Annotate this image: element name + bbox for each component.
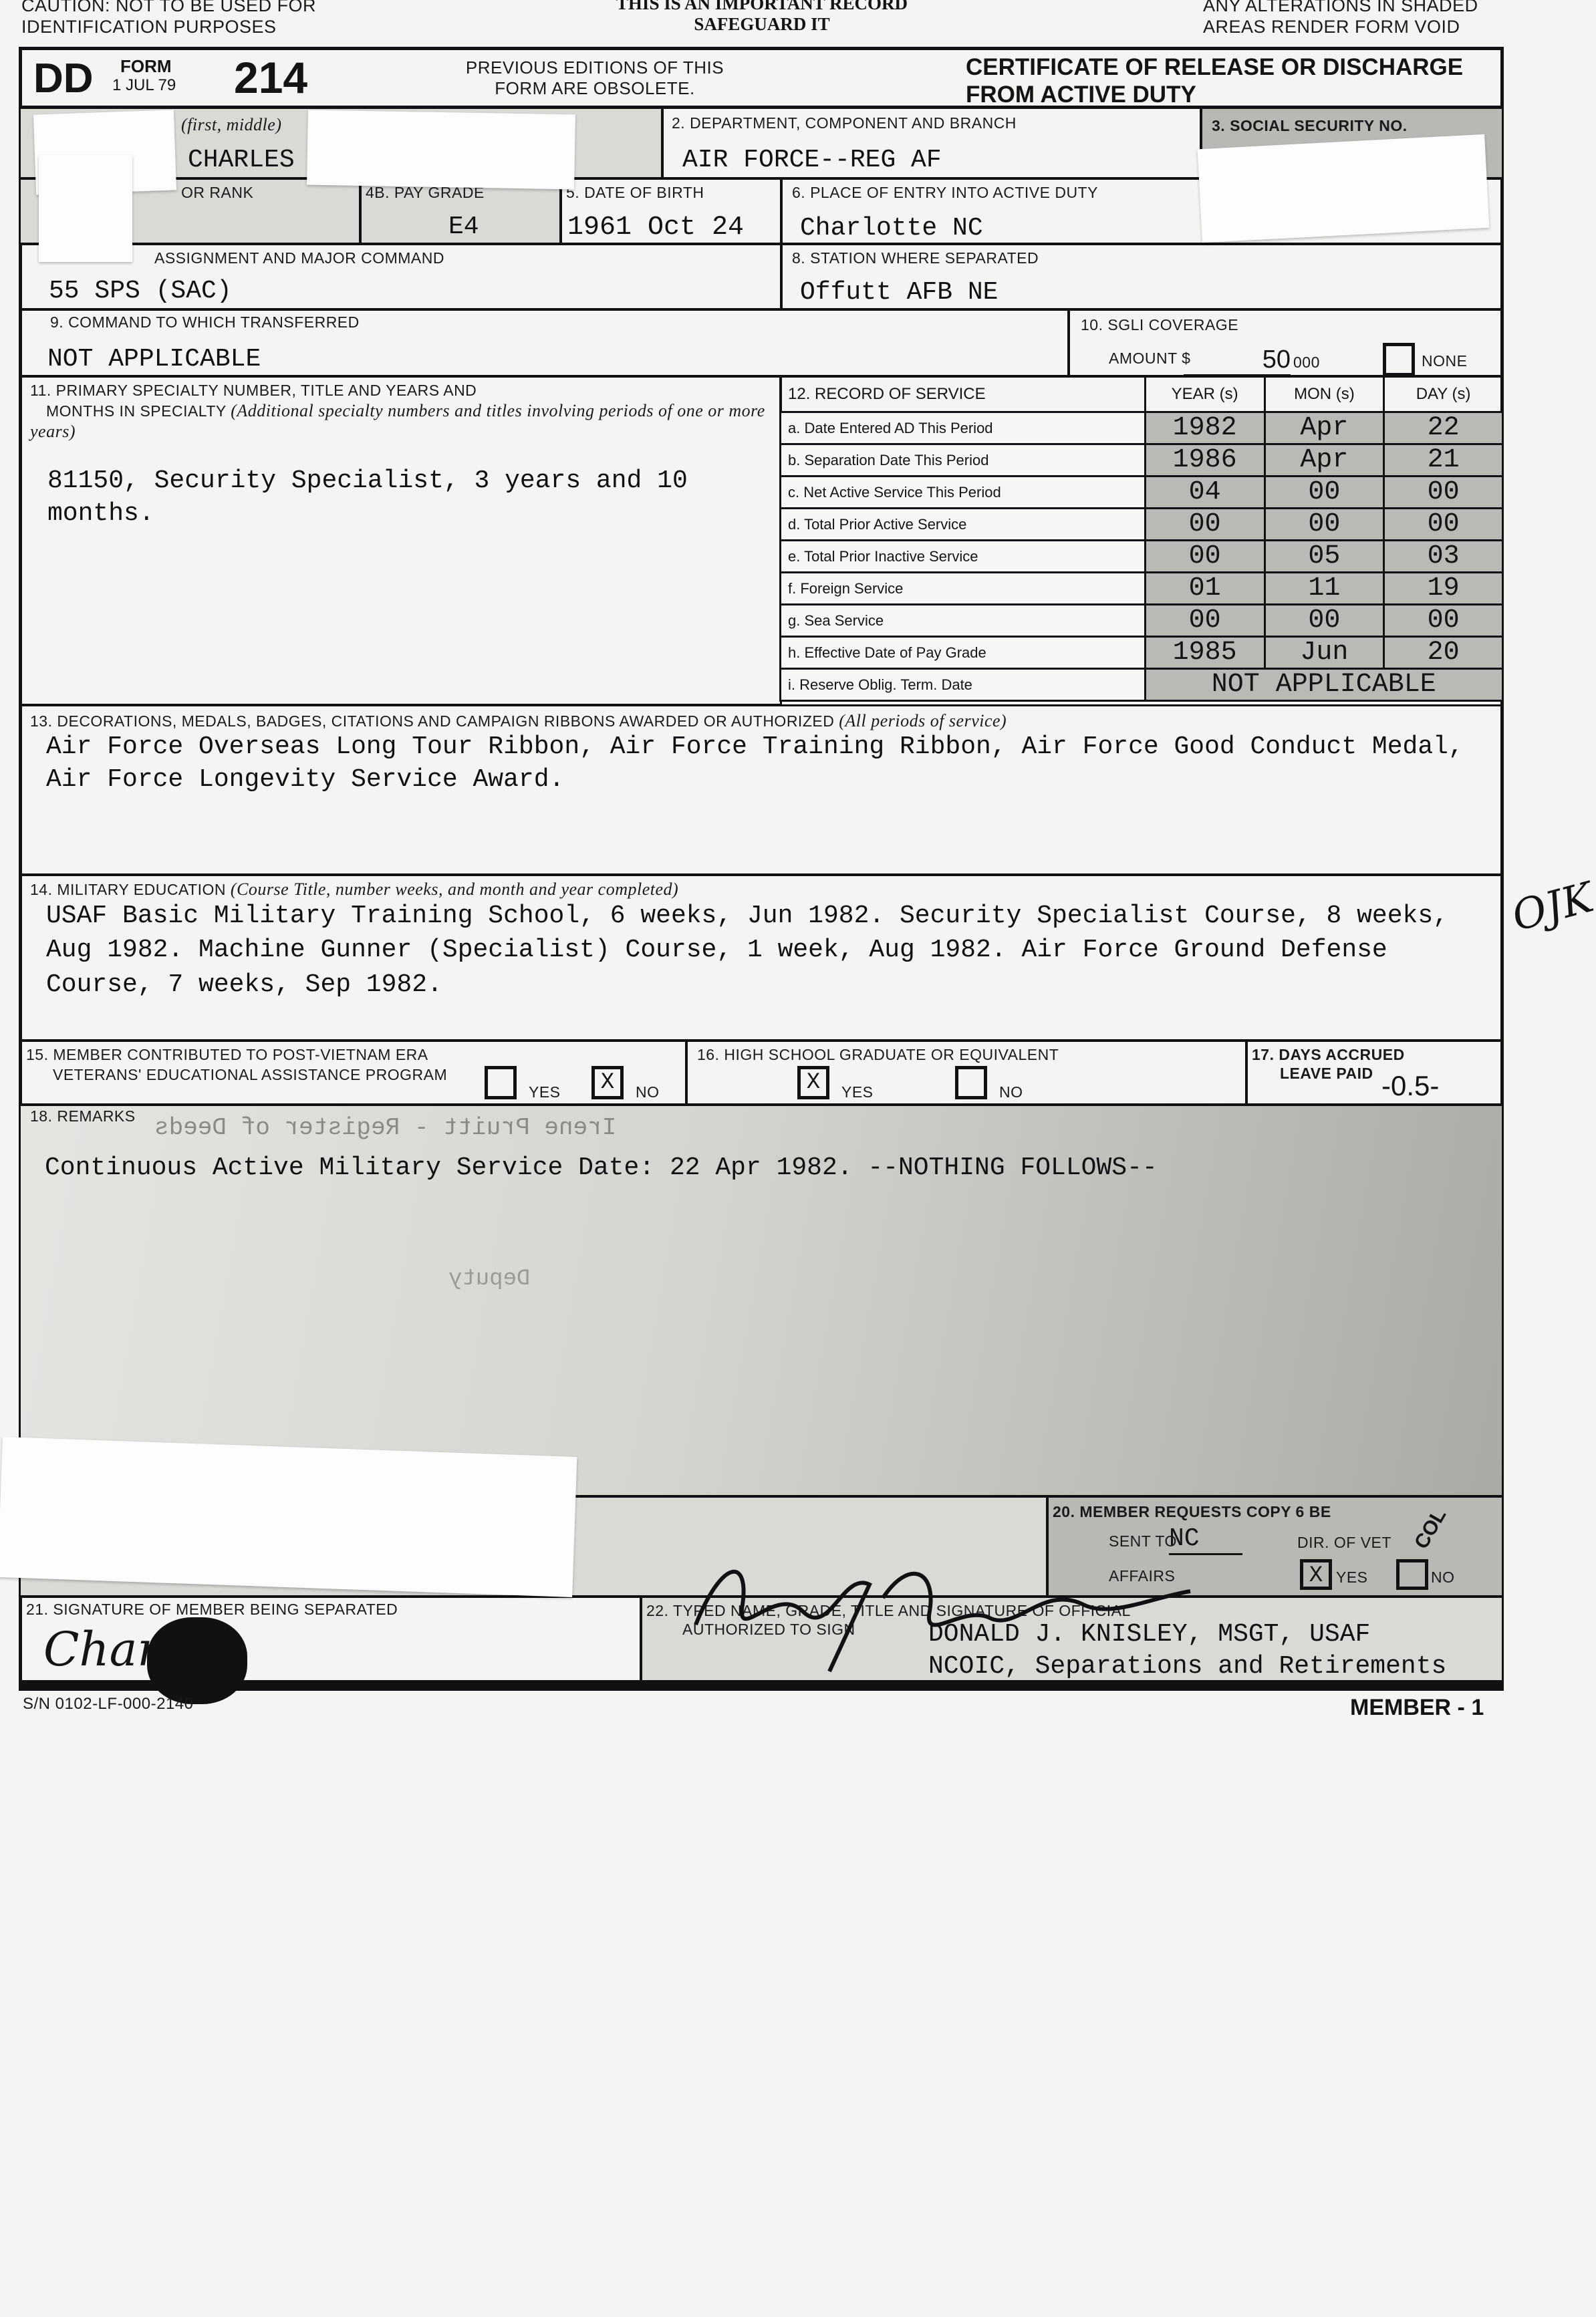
sgli-amount: 50 [1184,346,1291,376]
place-of-entry-value: Charlotte NC [800,212,983,245]
col-annotation: COL [1410,1505,1451,1553]
high-school-yes-checkbox[interactable]: X [797,1066,829,1099]
dd-label: DD [33,55,94,102]
pay-grade-value: E4 [448,211,479,243]
veap-field[interactable]: 15. MEMBER CONTRIBUTED TO POST-VIETNAM E… [19,1040,687,1105]
copy-label: MEMBER - 1 [1350,1695,1484,1721]
specialty-value: 81150, Security Specialist, 3 years and … [47,464,769,531]
member-signature-field[interactable]: 21. SIGNATURE OF MEMBER BEING SEPARATED … [19,1596,642,1689]
decorations-field[interactable]: 13. DECORATIONS, MEDALS, BADGES, CITATIO… [19,704,1504,875]
sgli-field[interactable]: 10. SGLI COVERAGE AMOUNT $ 50 000 NONE [1068,309,1504,377]
education-value: USAF Basic Military Training School, 6 w… [46,899,1496,1002]
form-date: 1 JUL 79 [112,76,176,95]
table-row: c. Net Active Service This Period040000 [781,476,1503,509]
copy6-yes-checkbox[interactable]: X [1300,1559,1332,1590]
station-separated-value: Offutt AFB NE [800,276,998,309]
redaction-tape [1198,134,1490,243]
caution-note: CAUTION: NOT TO BE USED FOR IDENTIFICATI… [21,0,369,38]
leave-paid-value: -0.5- [1381,1070,1439,1102]
decorations-value: Air Force Overseas Long Tour Ribbon, Air… [46,730,1496,797]
bleed-through-text: Irene Pruitt - Register of Deeds [154,1114,616,1141]
redaction-tape [39,155,132,262]
redaction-blot [147,1617,247,1704]
education-field[interactable]: 14. MILITARY EDUCATION (Course Title, nu… [19,874,1504,1041]
official-signature-icon [682,1544,1284,1678]
table-row: a. Date Entered AD This Period1982Apr22 [781,412,1503,444]
table-row: d. Total Prior Active Service000000 [781,509,1503,541]
table-row: h. Effective Date of Pay Grade1985Jun20 [781,637,1503,669]
command-transferred-value: NOT APPLICABLE [47,343,261,376]
copy6-no-checkbox[interactable] [1396,1559,1428,1590]
remarks-value: Continuous Active Military Service Date:… [45,1151,1158,1184]
specialty-field[interactable]: 11. PRIMARY SPECIALTY NUMBER, TITLE AND … [19,376,782,706]
redaction-tape [307,110,575,190]
table-row: b. Separation Date This Period1986Apr21 [781,444,1503,476]
high-school-no-checkbox[interactable] [955,1066,987,1099]
dob-value: 1961 Oct 24 [567,211,744,245]
last-duty-field[interactable]: ASSIGNMENT AND MAJOR COMMAND 55 SPS (SAC… [19,243,782,310]
form-number: 214 [234,52,307,103]
veap-no-checkbox[interactable]: X [591,1066,624,1099]
bleed-through-deputy: Deputy [448,1266,530,1292]
department-field[interactable]: 2. DEPARTMENT, COMPONENT AND BRANCH AIR … [662,107,1202,179]
table-row: i. Reserve Oblig. Term. DateNOT APPLICAB… [781,669,1503,701]
remarks-field[interactable]: 18. REMARKS Irene Pruitt - Register of D… [19,1104,1504,1497]
official-field[interactable]: 22. TYPED NAME, GRADE, TITLE AND SIGNATU… [640,1596,1504,1689]
margin-initials: OJK [1507,872,1596,940]
sgli-none-checkbox[interactable] [1383,343,1415,376]
table-row: g. Sea Service000000 [781,605,1503,637]
table-row: e. Total Prior Inactive Service000503 [781,541,1503,573]
station-separated-field[interactable]: 8. STATION WHERE SEPARATED Offutt AFB NE [781,243,1504,310]
alterations-note: ANY ALTERATIONS IN SHADED AREAS RENDER F… [1203,0,1510,38]
table-row: f. Foreign Service011119 [781,573,1503,605]
form-title: CERTIFICATE OF RELEASE OR DISCHARGE FROM… [966,53,1494,109]
redaction-tape [0,1437,577,1597]
name-value: CHARLES [188,144,295,176]
department-value: AIR FORCE--REG AF [682,144,942,176]
veap-yes-checkbox[interactable] [485,1066,517,1099]
last-duty-value: 55 SPS (SAC) [49,275,232,307]
important-record-note: THIS IS AN IMPORTANT RECORD SAFEGUARD IT [575,0,949,35]
form-label: FORM [120,56,172,77]
serial-number: S/N 0102-LF-000-2140 [23,1695,193,1714]
leave-paid-field[interactable]: 17. DAYS ACCRUED LEAVE PAID -0.5- [1246,1040,1504,1105]
high-school-field[interactable]: 16. HIGH SCHOOL GRADUATE OR EQUIVALENT X… [686,1040,1247,1105]
command-transferred-field[interactable]: 9. COMMAND TO WHICH TRANSFERRED NOT APPL… [19,309,1069,377]
record-of-service-table: 12. RECORD OF SERVICE YEAR (s) MON (s) D… [779,376,1504,702]
dob-field[interactable]: 5. DATE OF BIRTH 1961 Oct 24 [560,178,782,245]
previous-editions-note: PREVIOUS EDITIONS OF THIS FORM ARE OBSOL… [448,57,742,99]
